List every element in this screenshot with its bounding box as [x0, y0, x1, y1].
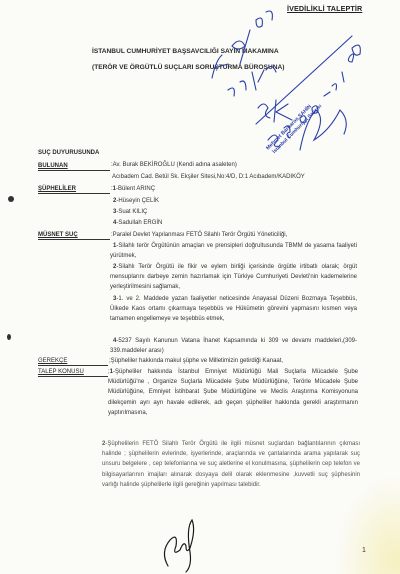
urgent-label: İVEDİLİKLİ TALEPTİR	[287, 4, 362, 13]
svg-text:Mehmet Barbaros ŞAHİN: Mehmet Barbaros ŞAHİN	[264, 103, 313, 152]
charge-intro: :Paralel Devlet Yapılanması FETÖ Silahlı…	[111, 232, 287, 238]
suspect-2: 2-Hüseyin ÇELİK	[113, 198, 159, 204]
label-underline	[38, 239, 110, 240]
label-underline	[38, 365, 108, 366]
charge-3: 3-1. ve 2. Maddede yazan faaliyetler net…	[110, 294, 357, 325]
request-label: TALEP KONUSU	[38, 369, 84, 375]
label-underline	[38, 376, 108, 377]
complainant-name: :Av. Burak BEKİROĞLU (Kendi adına asalet…	[111, 162, 237, 168]
suspect-4: 4-Sadullah ERGİN	[113, 220, 162, 226]
label-underline	[38, 170, 110, 171]
svg-text:İstanbul Cumhuriyet Savcısı: İstanbul Cumhuriyet Savcısı	[271, 102, 324, 155]
complainant-label-2: BULUNAN	[38, 163, 68, 169]
complainant-label-1: SUÇ DUYURUSUNDA	[38, 150, 99, 156]
addressee-line-2: (TERÖR VE ÖRGÜTLÜ SUÇLARI SORUŞTURMA BÜR…	[92, 64, 284, 71]
request-1: ;1-Şüpheliler hakkında İstanbul Emniyet …	[108, 367, 358, 418]
charge-4: 4-5237 Sayılı Kanunun Vatana İhanet Kaps…	[110, 336, 357, 356]
request-2: 2-Şüphelilerin FETÖ Silahlı Terör Örgütü…	[102, 439, 360, 490]
addressee-line-1: İSTANBUL CUMHURİYET BAŞSAVCILIĞI SAYIN M…	[92, 48, 279, 55]
complainant-address: Acıbadem Cad. Betül Sk. Ekşiler Sitesi,N…	[112, 174, 305, 180]
charge-label: MÜSNET SUÇ	[38, 232, 78, 238]
punch-hole	[8, 196, 14, 202]
suspect-3: 3-Suat KILIÇ	[113, 209, 147, 215]
punch-hole	[7, 334, 11, 340]
page-number: 1	[362, 547, 366, 554]
charge-2: 2-Silahlı Terör Örgütü ile fikir ve eyle…	[110, 262, 357, 293]
suspects-label: ŞÜPHELİLER	[38, 186, 76, 192]
label-underline	[38, 193, 110, 194]
charge-1: 1-Silahlı terör Örgütünün amaçları ve pr…	[110, 241, 357, 261]
suspect-1: :1-Bülent ARINÇ	[111, 186, 155, 192]
reason-label: GEREKÇE	[38, 358, 67, 364]
document-page: İVEDİLİKLİ TALEPTİR İSTANBUL CUMHURİYET …	[0, 0, 400, 574]
reason-text: ;Şüpheliler hakkında makul şüphe ve Mill…	[109, 358, 283, 364]
